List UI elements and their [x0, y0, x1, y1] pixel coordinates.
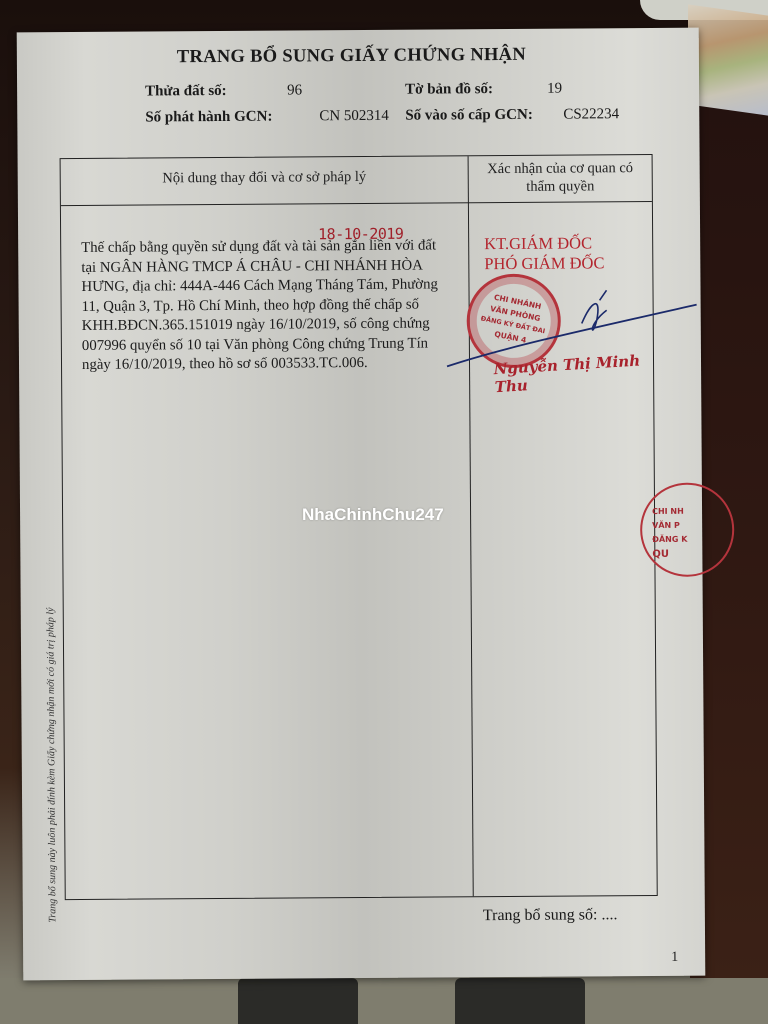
changes-table: Nội dung thay đổi và cơ sở pháp lý Xác n… [60, 154, 658, 900]
register-number-label: Số vào số cấp GCN: [405, 107, 533, 125]
watermark: NhaChinhChu247 [302, 505, 444, 525]
certificate-page: TRANG BỔ SUNG GIẤY CHỨNG NHẬN Thửa đất s… [17, 28, 706, 981]
parcel-value: 96 [287, 82, 302, 99]
seal-text: VĂN P [652, 521, 680, 530]
background-foot-left [238, 978, 358, 1024]
header-divider [61, 201, 652, 206]
seal-text: ĐĂNG K [652, 535, 687, 544]
background-floor [0, 978, 768, 1024]
document-title: TRANG BỔ SUNG GIẤY CHỨNG NHẬN [177, 45, 526, 68]
change-content: Thế chấp bằng quyền sử dụng đất và tài s… [81, 236, 502, 375]
register-number-value: CS22234 [563, 106, 619, 123]
supplement-page-number: Trang bổ sung số: .... [483, 906, 618, 925]
page-number: 1 [671, 950, 678, 966]
parcel-label: Thửa đất số: [145, 83, 227, 101]
map-sheet-value: 19 [547, 81, 562, 98]
side-seal-icon: CHI NH VĂN P ĐĂNG K QU [640, 482, 735, 577]
background-banknotes [688, 4, 768, 115]
signature-title: KT.GIÁM ĐỐC PHÓ GIÁM ĐỐC [484, 233, 604, 274]
issue-number-label: Số phát hành GCN: [145, 109, 272, 127]
background-foot-right [455, 978, 585, 1024]
issue-number-value: CN 502314 [319, 108, 389, 125]
side-legal-note: Trang bổ sung này luôn phải đính kèm Giấ… [45, 563, 59, 923]
map-sheet-label: Tờ bản đồ số: [405, 81, 493, 99]
header-authority: Xác nhận của cơ quan có thẩm quyền [469, 159, 652, 196]
seal-text: CHI NH [652, 507, 684, 516]
signature-title-line-1: KT.GIÁM ĐỐC [484, 233, 604, 254]
signature-title-line-2: PHÓ GIÁM ĐỐC [484, 253, 604, 274]
header-changes: Nội dung thay đổi và cơ sở pháp lý [61, 168, 468, 188]
seal-text: QU [652, 549, 669, 560]
